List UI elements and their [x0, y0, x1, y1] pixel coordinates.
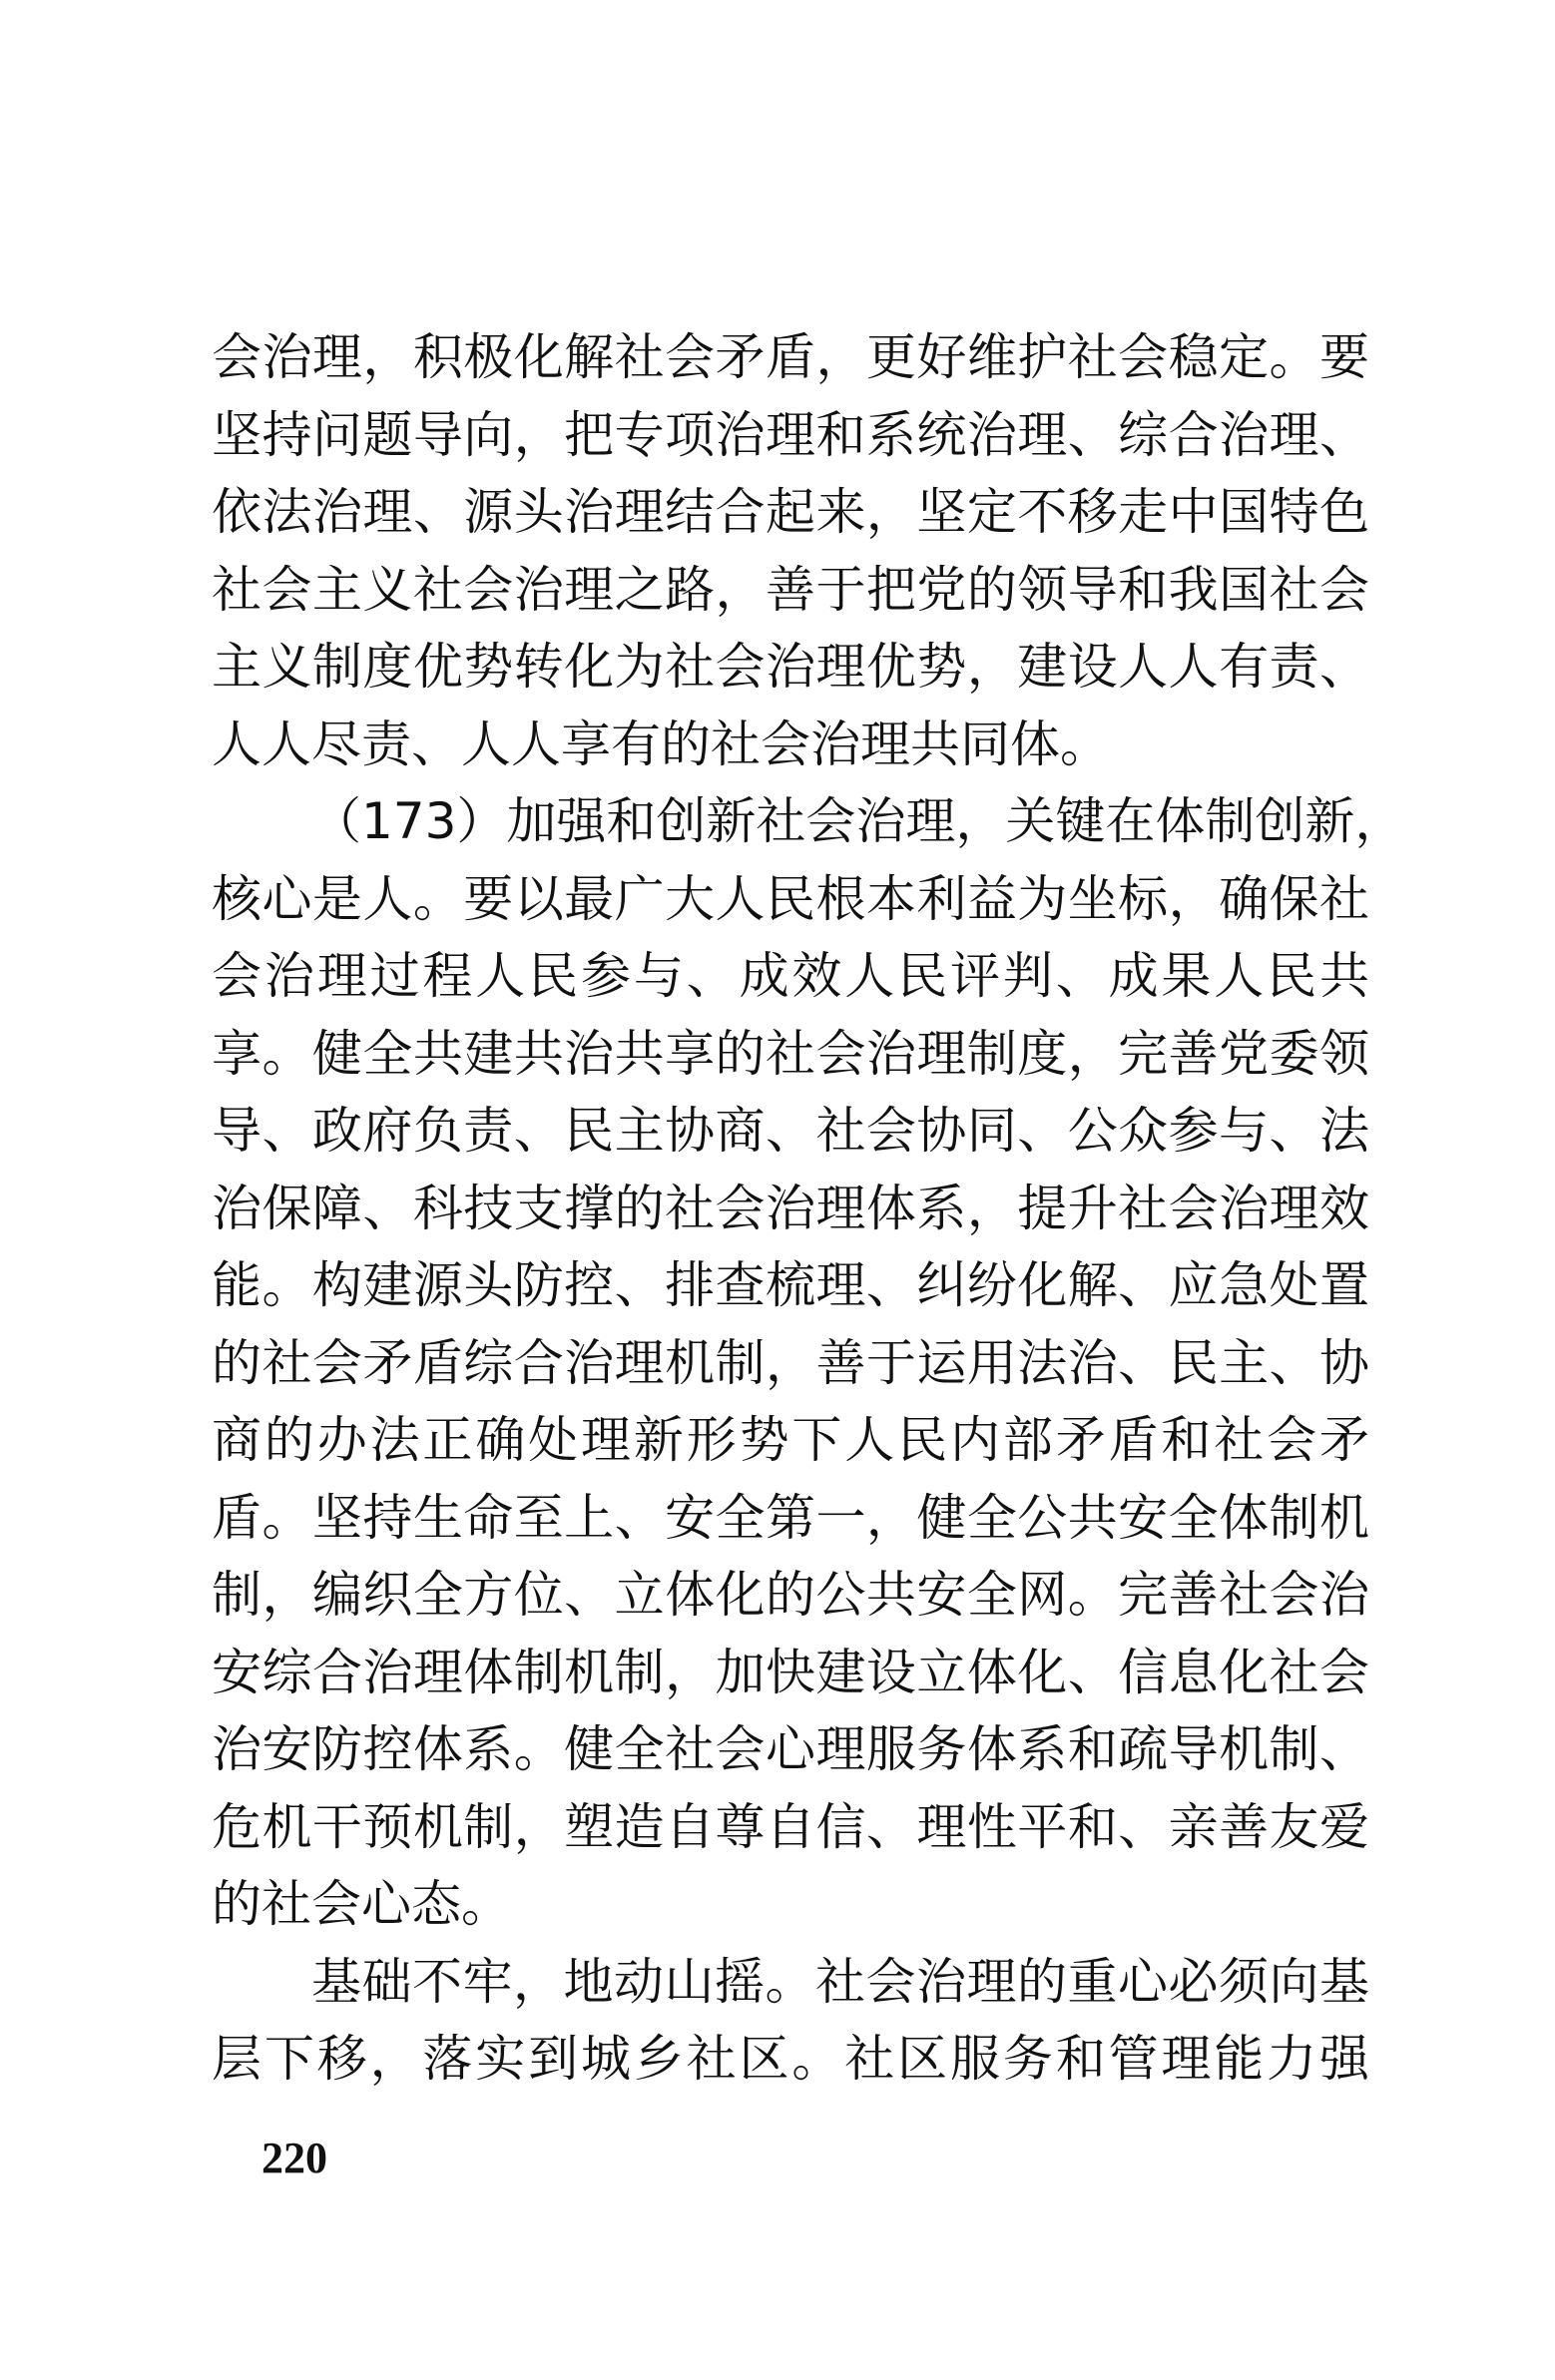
text-line: 层下移，落实到城乡社区。社区服务和管理能力强	[212, 2021, 1369, 2099]
text-line: 导、政府负责、民主协商、社会协同、公众参与、法	[212, 1093, 1369, 1171]
text-line: 的社会矛盾综合治理机制，善于运用法治、民主、协	[212, 1325, 1369, 1403]
text-line: 社会主义社会治理之路，善于把党的领导和我国社会	[212, 552, 1369, 630]
paragraph-continuation: 会治理，积极化解社会矛盾，更好维护社会稳定。要 坚持问题导向，把专项治理和系统治…	[212, 319, 1369, 783]
text-line: 人人尽责、人人享有的社会治理共同体。	[212, 707, 1369, 784]
text-line: 危机干预机制，塑造自尊自信、理性平和、亲善友爱	[212, 1789, 1369, 1867]
text-line: 享。健全共建共治共享的社会治理制度，完善党委领	[212, 1016, 1369, 1094]
text-line: 核心是人。要以最广大人民根本利益为坐标，确保社	[212, 861, 1369, 939]
page-number: 220	[261, 2134, 327, 2183]
paragraph-173: （173）加强和创新社会治理，关键在体制创新， 核心是人。要以最广大人民根本利益…	[212, 783, 1369, 1944]
text-line: 盾。坚持生命至上、安全第一，健全公共安全体制机	[212, 1480, 1369, 1558]
text-line: 制，编织全方位、立体化的公共安全网。完善社会治	[212, 1557, 1369, 1635]
text-line: 的社会心态。	[212, 1866, 1369, 1944]
text-line: 主义制度优势转化为社会治理优势，建设人人有责、	[212, 629, 1369, 707]
text-line: 坚持问题导向，把专项治理和系统治理、综合治理、	[212, 397, 1369, 475]
paragraph-grassroots: 基础不牢，地动山摇。社会治理的重心必须向基 层下移，落实到城乡社区。社区服务和管…	[212, 1944, 1369, 2099]
document-page: 会治理，积极化解社会矛盾，更好维护社会稳定。要 坚持问题导向，把专项治理和系统治…	[0, 0, 1555, 2380]
text-line: 依法治理、源头治理结合起来，坚定不移走中国特色	[212, 474, 1369, 552]
text-line: 商的办法正确处理新形势下人民内部矛盾和社会矛	[212, 1402, 1369, 1480]
text-line: 治保障、科技支撑的社会治理体系，提升社会治理效	[212, 1171, 1369, 1248]
text-line: （173）加强和创新社会治理，关键在体制创新，	[212, 783, 1369, 861]
text-line: 能。构建源头防控、排查梳理、纠纷化解、应急处置	[212, 1247, 1369, 1325]
text-line: 会治理过程人民参与、成效人民评判、成果人民共	[212, 938, 1369, 1016]
text-line: 会治理，积极化解社会矛盾，更好维护社会稳定。要	[212, 319, 1369, 397]
text-line: 治安防控体系。健全社会心理服务体系和疏导机制、	[212, 1711, 1369, 1789]
text-line: 基础不牢，地动山摇。社会治理的重心必须向基	[212, 1944, 1369, 2022]
body-text: 会治理，积极化解社会矛盾，更好维护社会稳定。要 坚持问题导向，把专项治理和系统治…	[212, 319, 1369, 2099]
text-line: 安综合治理体制机制，加快建设立体化、信息化社会	[212, 1635, 1369, 1712]
